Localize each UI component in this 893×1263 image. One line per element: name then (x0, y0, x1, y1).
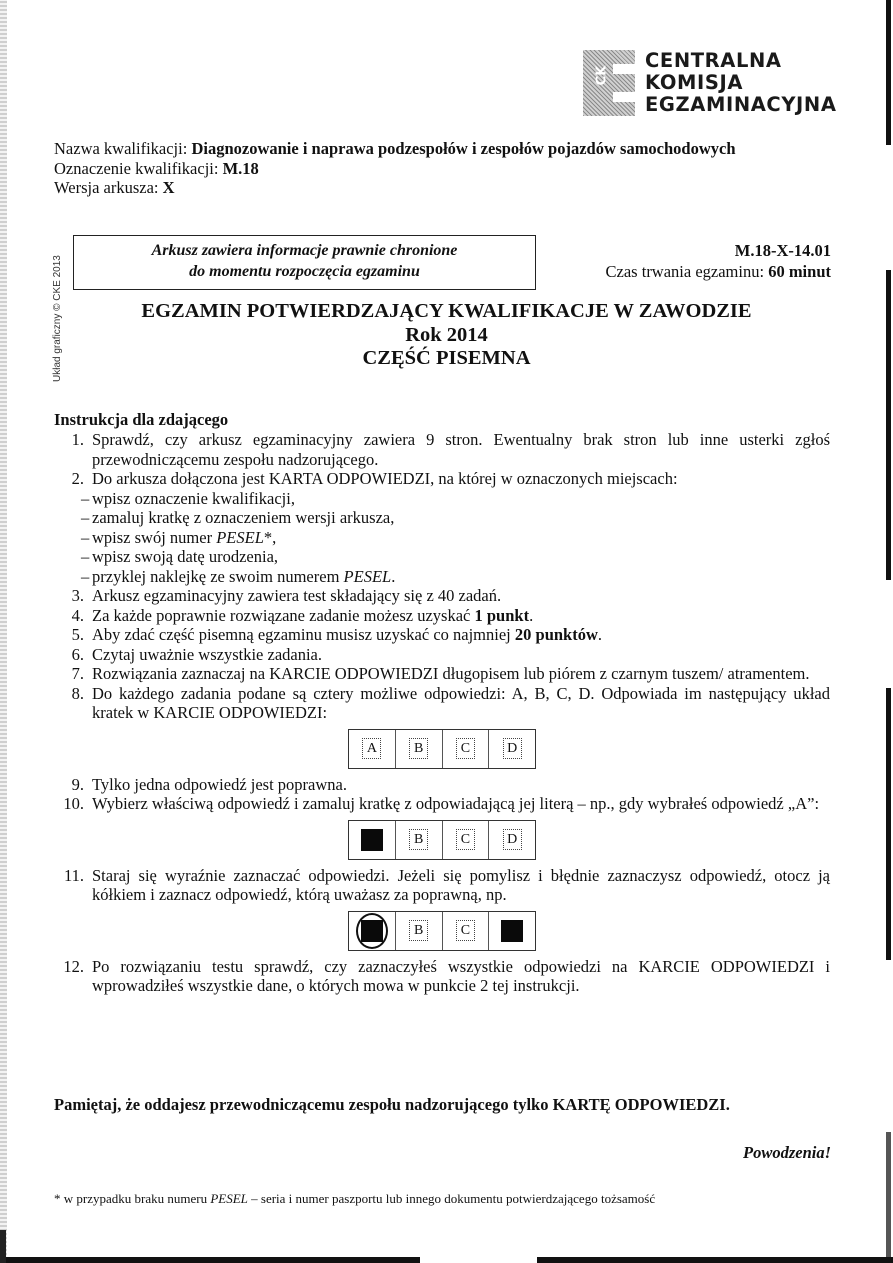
answer-cell-a: A (349, 730, 396, 768)
answer-box: B (409, 920, 428, 941)
scan-edge-right (886, 688, 891, 960)
instruction-item: 8.Do każdego zadania podane są cztery mo… (54, 684, 830, 723)
logo-text: CENTRALNA KOMISJA EGZAMINACYJNA (645, 50, 837, 116)
answer-cell-a: A (349, 821, 396, 859)
instruction-item: 9.Tylko jedna odpowiedź jest poprawna. (54, 775, 830, 795)
exam-code: M.18-X-14.01 (606, 240, 831, 261)
answer-cell-b: B (396, 912, 443, 950)
pesel-step: wpisz swój numer PESEL*, (54, 528, 830, 548)
answer-grid-example-empty: ABCD (348, 729, 536, 769)
instructions-heading: Instrukcja dla zdającego (54, 410, 228, 430)
exam-code-block: M.18-X-14.01 Czas trwania egzaminu: 60 m… (606, 240, 831, 282)
scan-edge-left (0, 0, 7, 1263)
answer-cell-b: B (396, 730, 443, 768)
answer-box: C (456, 738, 475, 759)
answer-box: D (503, 738, 522, 759)
instruction-item: 12.Po rozwiązaniu testu sprawdź, czy zaz… (54, 957, 830, 996)
answer-box: B (409, 738, 428, 759)
answer-box: B (409, 829, 428, 850)
scan-edge-right (886, 0, 891, 145)
answer-cell-a: A (349, 912, 396, 950)
scan-edge-right (886, 1132, 891, 1263)
instruction-item: 6.Czytaj uważnie wszystkie zadania. (54, 645, 830, 665)
instruction-item: 2.Do arkusza dołączona jest KARTA ODPOWI… (54, 469, 830, 489)
qualification-meta: Nazwa kwalifikacji: Diagnozowanie i napr… (54, 139, 736, 198)
answer-box: C (456, 920, 475, 941)
instruction-item: 10.Wybierz właściwą odpowiedź i zamaluj … (54, 794, 830, 814)
sheet-version: Wersja arkusza: X (54, 178, 736, 198)
answer-cell-c: C (443, 821, 490, 859)
answer-cell-d: D (489, 821, 535, 859)
cke-logo: CK CENTRALNA KOMISJA EGZAMINACYJNA (583, 50, 843, 120)
scan-corner (0, 1230, 6, 1263)
pesel-sticker-step: przyklej naklejkę ze swoim numerem PESEL… (54, 567, 830, 587)
answer-grid-example-corrected: ABCD (348, 911, 536, 951)
answer-box: C (456, 829, 475, 850)
good-luck: Powodzenia! (743, 1143, 831, 1163)
logo-line: CENTRALNA (645, 50, 837, 72)
instructions-list: 1.Sprawdź, czy arkusz egzaminacyjny zawi… (54, 430, 830, 996)
answer-box: D (503, 829, 522, 850)
scan-edge-bottom (537, 1257, 893, 1263)
answer-cell-c: C (443, 912, 490, 950)
qualification-name: Nazwa kwalifikacji: Diagnozowanie i napr… (54, 139, 736, 159)
instruction-item: 11.Staraj się wyraźnie zaznaczać odpowie… (54, 866, 830, 905)
answer-box: A (362, 738, 381, 759)
instruction-item: 5.Aby zdać część pisemną egzaminu musisz… (54, 625, 830, 645)
instruction-item: 4.Za każde poprawnie rozwiązane zadanie … (54, 606, 830, 626)
answer-cell-d: D (489, 912, 535, 950)
filled-box-icon: A (361, 829, 383, 851)
logo-line: KOMISJA (645, 72, 837, 94)
instruction-item: 3.Arkusz egzaminacyjny zawiera test skła… (54, 586, 830, 606)
pesel-footnote: * w przypadku braku numeru PESEL – seria… (54, 1191, 655, 1207)
instruction-item: 1.Sprawdź, czy arkusz egzaminacyjny zawi… (54, 430, 830, 469)
answer-card-reminder: Pamiętaj, że oddajesz przewodniczącemu z… (54, 1095, 730, 1115)
answer-card-steps: wpisz oznaczenie kwalifikacji, zamaluj k… (54, 489, 830, 587)
answer-grid-example-selected: ABCD (348, 820, 536, 860)
cke-logo-icon: CK (583, 50, 635, 116)
logo-line: EGZAMINACYJNA (645, 94, 837, 116)
exam-title: EGZAMIN POTWIERDZAJĄCY KWALIFIKACJE W ZA… (0, 300, 893, 371)
confidential-notice: Arkusz zawiera informacje prawnie chroni… (73, 235, 536, 290)
correction-circle-icon (356, 913, 388, 949)
scan-edge-bottom (0, 1257, 420, 1263)
answer-cell-c: C (443, 730, 490, 768)
exam-duration: Czas trwania egzaminu: 60 minut (606, 261, 831, 282)
instruction-item: 7.Rozwiązania zaznaczaj na KARCIE ODPOWI… (54, 664, 830, 684)
filled-box-icon: D (501, 920, 523, 942)
answer-cell-b: B (396, 821, 443, 859)
answer-cell-d: D (489, 730, 535, 768)
qualification-code: Oznaczenie kwalifikacji: M.18 (54, 159, 736, 179)
